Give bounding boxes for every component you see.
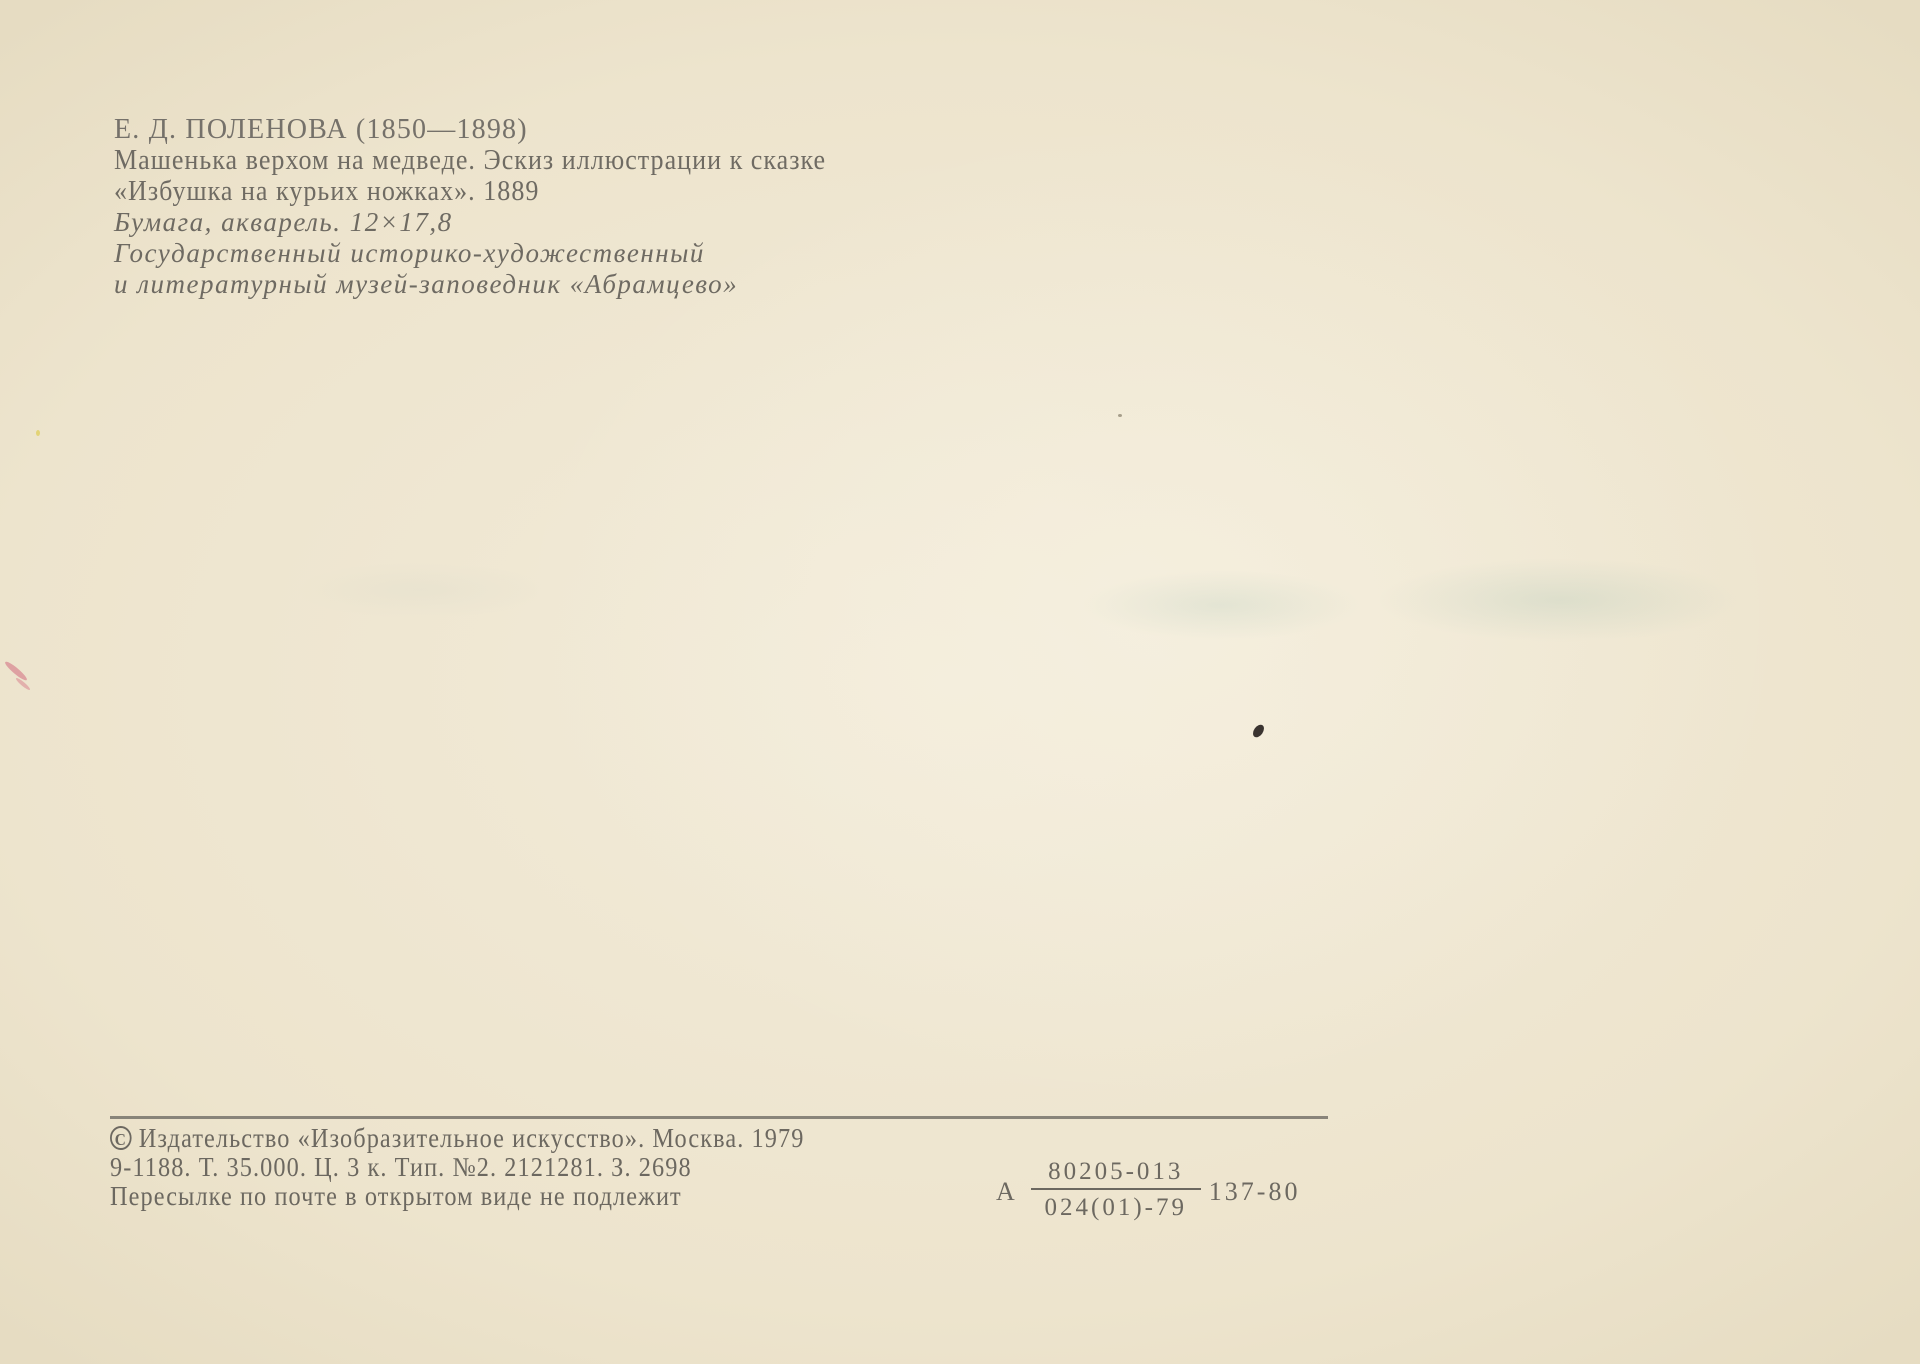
artwork-title-line-1: Машенька верхом на медведе. Эскиз иллюст…	[114, 145, 1137, 176]
artist-name: Е. Д. ПОЛЕНОВА (1850—1898)	[114, 114, 1214, 145]
divider-rule	[110, 1116, 1328, 1119]
publisher-imprint: CИздательство «Изобразительное искусство…	[110, 1124, 1010, 1211]
yellow-dot	[36, 430, 40, 436]
museum-name-line-1: Государственный историко-художественный	[114, 238, 1214, 269]
publisher-text: Издательство «Изобразительное искусство»…	[139, 1123, 805, 1153]
index-numerator: 80205-013	[1048, 1158, 1183, 1186]
index-denominator: 024(01)-79	[1045, 1194, 1187, 1222]
postcard-back: Е. Д. ПОЛЕНОВА (1850—1898) Машенька верх…	[0, 0, 1920, 1364]
postal-note: Пересылке по почте в открытом виде не по…	[110, 1182, 920, 1211]
publisher-line: CИздательство «Изобразительное искусство…	[110, 1124, 920, 1153]
paper-dot	[1118, 414, 1122, 417]
artwork-title-line-2: «Избушка на курьих ножках». 1889	[114, 176, 1137, 207]
ink-speck	[1251, 723, 1266, 740]
index-fraction: 80205-013 024(01)-79	[1031, 1158, 1201, 1222]
museum-name-line-2: и литературный музей-заповедник «Абрамце…	[114, 269, 1214, 300]
index-suffix: 137-80	[1209, 1177, 1301, 1207]
fraction-bar	[1031, 1188, 1201, 1190]
copyright-icon: C	[110, 1126, 132, 1150]
artwork-medium: Бумага, акварель. 12×17,8	[114, 207, 1214, 238]
artwork-caption: Е. Д. ПОЛЕНОВА (1850—1898) Машенька верх…	[114, 114, 1214, 300]
print-details: 9-1188. Т. 35.000. Ц. 3 к. Тип. №2. 2121…	[110, 1153, 920, 1182]
index-letter: А	[996, 1177, 1015, 1207]
publishing-index: А 80205-013 024(01)-79 137-80	[996, 1158, 1300, 1222]
